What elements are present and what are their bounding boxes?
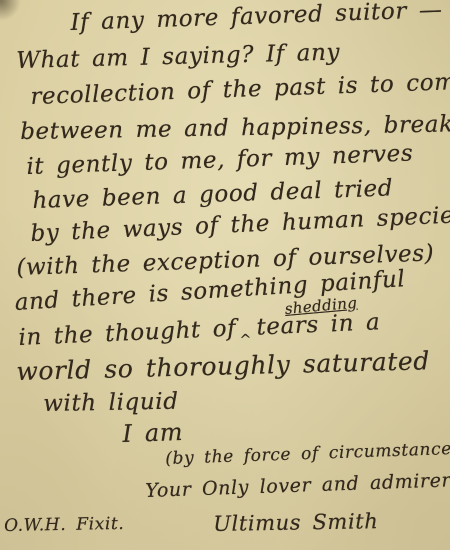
letter-line-2: What am I saying? If any	[16, 40, 340, 74]
closing-valediction: Your Only lover and admirer	[145, 469, 450, 502]
letter-line-1: If any more favored suitor —	[70, 0, 443, 36]
letter-line-10: in the thought of^tears in a	[18, 309, 381, 351]
line-10-pre: in the thought of	[18, 315, 237, 350]
letter-line-11: world so thoroughly saturated	[16, 346, 430, 386]
caret-mark: ^	[239, 332, 252, 349]
line-10-post: tears in a	[256, 309, 381, 340]
letter-line-3: recollection of the past is to come	[30, 69, 450, 110]
closing-i-am: I am	[122, 418, 184, 448]
signature: Ultimus Smith	[213, 509, 379, 536]
letter-page: If any more favored suitor — What am I s…	[0, 0, 450, 550]
letter-line-4: between me and happiness, break	[20, 111, 450, 145]
letter-line-5: it gently to me, for my nerves	[26, 140, 414, 179]
letter-line-12: with liquid	[43, 389, 179, 417]
attribution: O.W.H. Fixit.	[4, 514, 125, 536]
closing-parenthetical: (by the force of circumstances)	[165, 438, 450, 469]
